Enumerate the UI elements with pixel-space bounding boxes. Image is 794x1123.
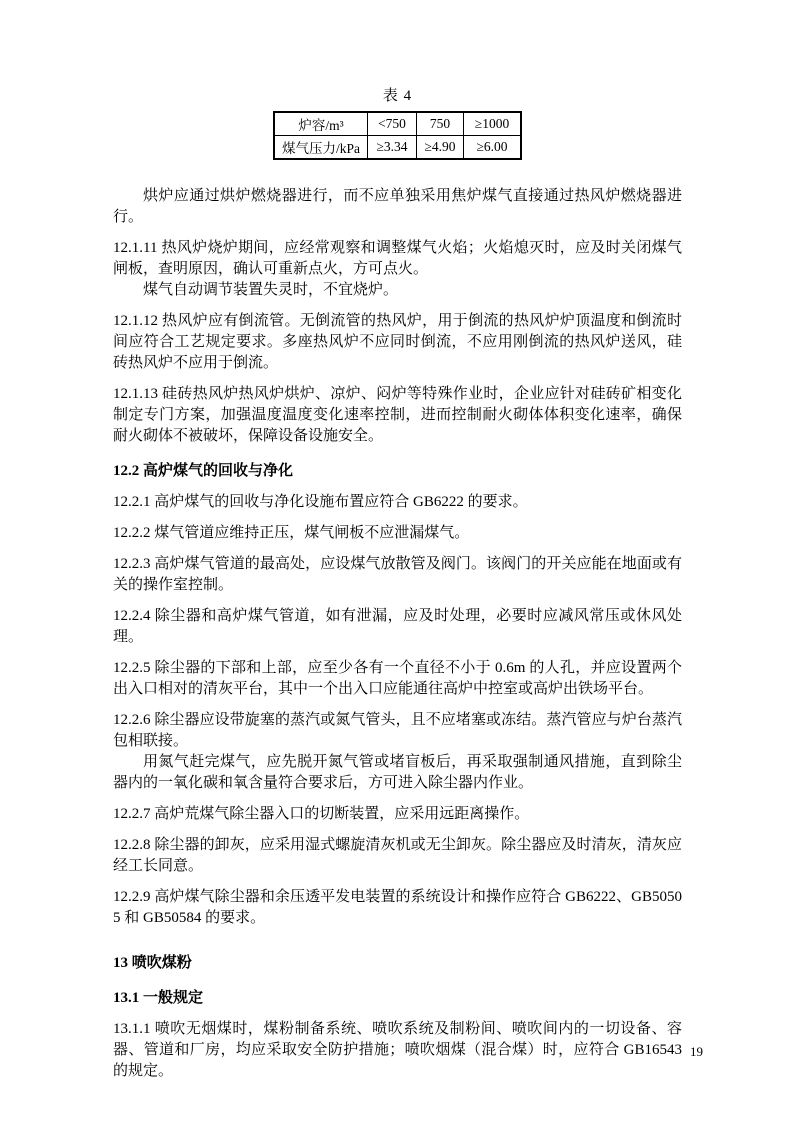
heading-13-1: 13.1 一般规定: [113, 988, 682, 1009]
table4-cell: ≥1000: [464, 112, 522, 136]
clause-12-2-7: 12.2.7 高炉荒煤气除尘器入口的切断装置，应采用远距离操作。: [113, 804, 682, 825]
clause-12-2-4: 12.2.4 除尘器和高炉煤气管道，如有泄漏，应及时处理，必要时应减风常压或休风…: [113, 606, 682, 648]
table4-cell: ≥4.90: [417, 136, 464, 160]
page-number: 19: [690, 1044, 703, 1060]
clause-12-2-3: 12.2.3 高炉煤气管道的最高处，应设煤气放散管及阀门。该阀门的开关应能在地面…: [113, 554, 682, 596]
heading-13: 13 喷吹煤粉: [113, 953, 682, 974]
paragraph-auto-regulator: 煤气自动调节装置失灵时，不宜烧炉。: [113, 280, 682, 301]
clause-13-1-1: 13.1.1 喷吹无烟煤时，煤粉制备系统、喷吹系统及制粉间、喷吹间内的一切设备、…: [113, 1019, 682, 1082]
document-page: 表 4 炉容/m³ <750 750 ≥1000 煤气压力/kPa ≥3.34 …: [0, 0, 794, 1123]
clause-12-2-2: 12.2.2 煤气管道应维持正压，煤气闸板不应泄漏煤气。: [113, 523, 682, 544]
table4-cell: 750: [417, 112, 464, 136]
document-content: 表 4 炉容/m³ <750 750 ≥1000 煤气压力/kPa ≥3.34 …: [113, 0, 682, 1082]
table4-cell-gas-pressure-label: 煤气压力/kPa: [274, 136, 368, 160]
heading-12-2: 12.2 高炉煤气的回收与净化: [113, 461, 682, 482]
clause-12-1-12: 12.1.12 热风炉应有倒流管。无倒流管的热风炉，用于倒流的热风炉炉顶温度和倒…: [113, 311, 682, 374]
clause-12-2-6: 12.2.6 除尘器应设带旋塞的蒸汽或氮气管头，且不应堵塞或冻结。蒸汽管应与炉台…: [113, 710, 682, 752]
clause-12-2-9: 12.2.9 高炉煤气除尘器和余压透平发电装置的系统设计和操作应符合 GB622…: [113, 887, 682, 929]
table4-caption: 表 4: [273, 86, 522, 106]
table4: 炉容/m³ <750 750 ≥1000 煤气压力/kPa ≥3.34 ≥4.9…: [273, 111, 522, 160]
table4-cell: ≥3.34: [368, 136, 417, 160]
clause-12-2-1: 12.2.1 高炉煤气的回收与净化设施布置应符合 GB6222 的要求。: [113, 492, 682, 513]
paragraph-nitrogen-purge: 用氮气赶完煤气，应先脱开氮气管或堵盲板后，再采取强制通风措施，直到除尘器内的一氧…: [113, 752, 682, 794]
body-text: 烘炉应通过烘炉燃烧器进行，而不应单独采用焦炉煤气直接通过热风炉燃烧器进行。 12…: [113, 186, 682, 1082]
table4-cell: ≥6.00: [464, 136, 522, 160]
paragraph-drying-furnace: 烘炉应通过烘炉燃烧器进行，而不应单独采用焦炉煤气直接通过热风炉燃烧器进行。: [113, 186, 682, 228]
clause-12-1-13: 12.1.13 硅砖热风炉热风炉烘炉、凉炉、闷炉等特殊作业时，企业应针对硅砖矿相…: [113, 384, 682, 447]
table-row: 炉容/m³ <750 750 ≥1000: [274, 112, 521, 136]
clause-12-1-11: 12.1.11 热风炉烧炉期间，应经常观察和调整煤气火焰；火焰熄灭时，应及时关闭…: [113, 238, 682, 280]
table4-block: 表 4 炉容/m³ <750 750 ≥1000 煤气压力/kPa ≥3.34 …: [273, 86, 522, 160]
clause-12-2-8: 12.2.8 除尘器的卸灰，应采用湿式螺旋清灰机或无尘卸灰。除尘器应及时清灰，清…: [113, 835, 682, 877]
table-row: 煤气压力/kPa ≥3.34 ≥4.90 ≥6.00: [274, 136, 521, 160]
table4-cell: <750: [368, 112, 417, 136]
clause-12-2-5: 12.2.5 除尘器的下部和上部，应至少各有一个直径不小于 0.6m 的人孔，并…: [113, 658, 682, 700]
table4-cell-furnace-volume-label: 炉容/m³: [274, 112, 368, 136]
